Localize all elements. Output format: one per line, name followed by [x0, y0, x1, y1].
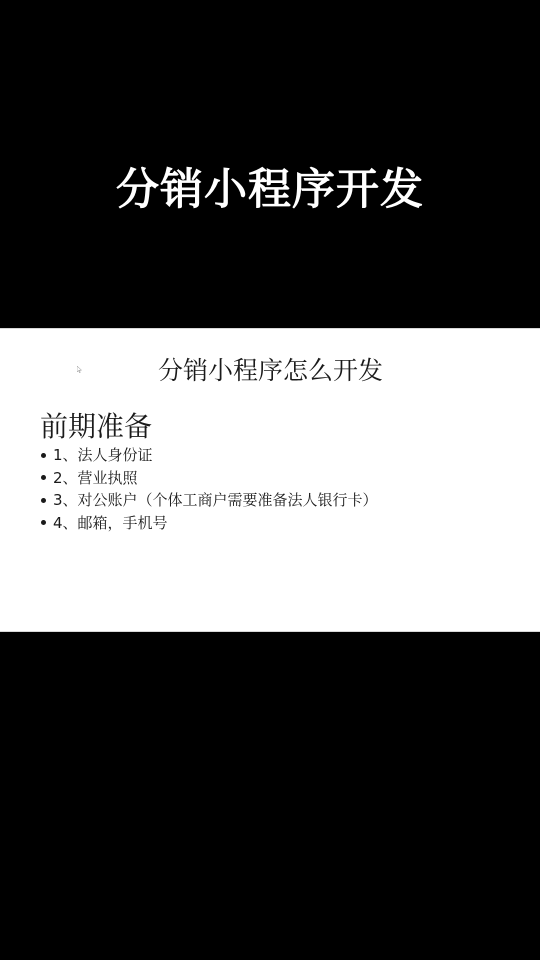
list-item-label: 3、对公账户（个体工商户需要准备法人银行卡）: [53, 489, 378, 512]
list-item: 4、邮箱，手机号: [40, 512, 378, 535]
video-title: 分销小程序开发: [0, 162, 540, 218]
list-item: 1、法人身份证: [40, 444, 378, 467]
bullet-icon: [41, 475, 46, 480]
bullet-icon: [41, 498, 46, 503]
slide-title: 分销小程序怎么开发: [158, 355, 383, 387]
presentation-slide: 分销小程序怎么开发 前期准备 1、法人身份证 2、营业执照 3、对公账户（个体工…: [0, 328, 540, 632]
list-item-label: 1、法人身份证: [53, 444, 153, 467]
list-item-label: 4、邮箱，手机号: [53, 512, 168, 535]
list-item: 2、营业执照: [40, 467, 378, 490]
section-heading: 前期准备: [40, 409, 152, 445]
requirements-list: 1、法人身份证 2、营业执照 3、对公账户（个体工商户需要准备法人银行卡） 4、…: [40, 444, 378, 534]
bullet-icon: [41, 453, 46, 458]
list-item: 3、对公账户（个体工商户需要准备法人银行卡）: [40, 489, 378, 512]
list-item-label: 2、营业执照: [53, 467, 138, 490]
mouse-pointer-icon: [77, 366, 82, 373]
video-screen: 分销小程序开发 分销小程序怎么开发 前期准备 1、法人身份证 2、营业执照 3、…: [0, 0, 540, 960]
bullet-icon: [41, 520, 46, 525]
